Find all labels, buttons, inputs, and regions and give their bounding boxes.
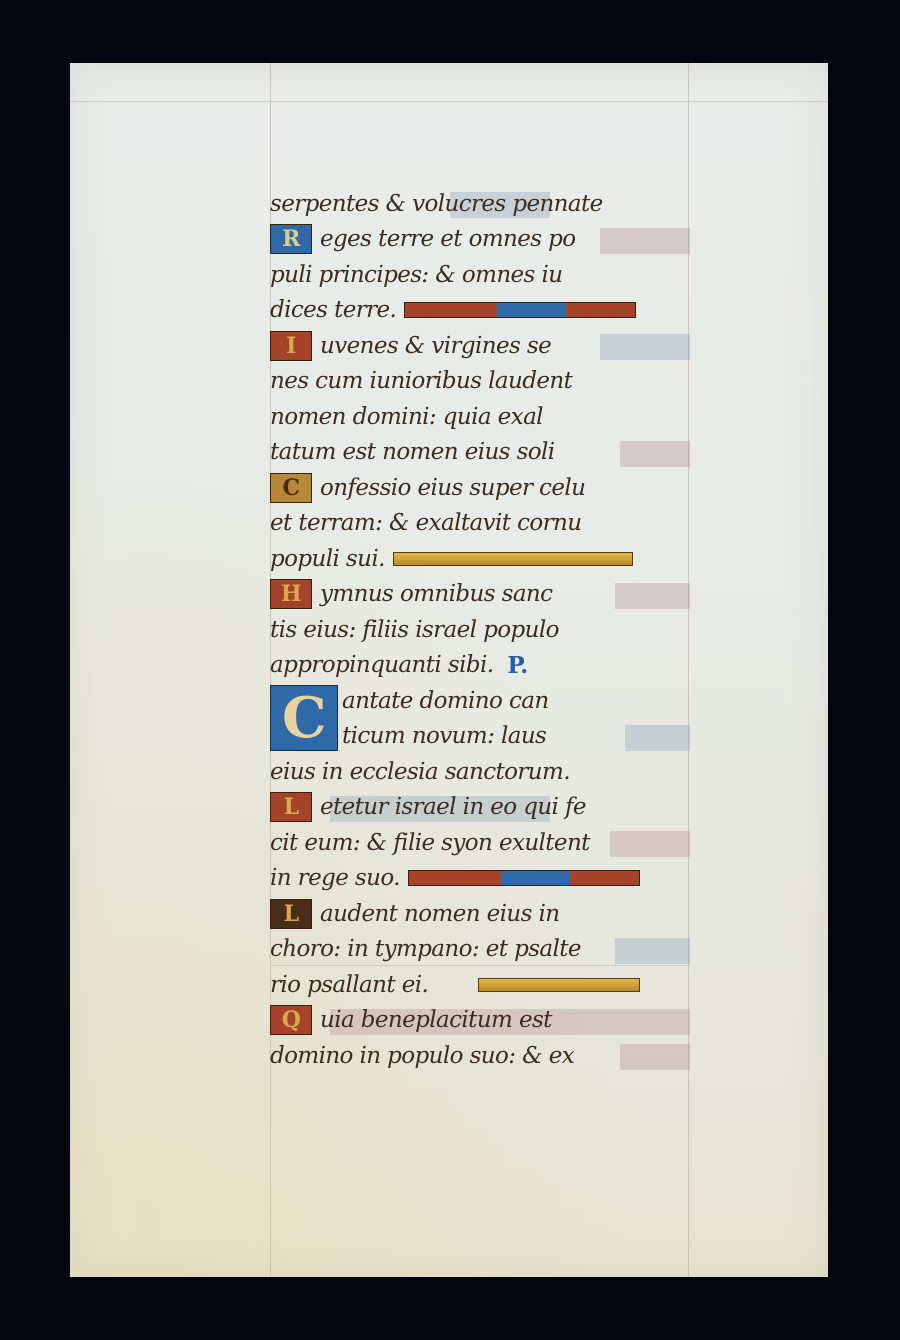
line-text: domino in populo suo: & ex xyxy=(270,1043,574,1069)
text-block: serpentes & volucres pennate R eges terr… xyxy=(270,186,690,1074)
ruling-line-top xyxy=(70,101,828,102)
text-line-25: domino in populo suo: & ex xyxy=(270,1038,690,1074)
line-text: cit eum: & filie syon exultent xyxy=(270,830,590,856)
line-text: tatum est nomen eius soli xyxy=(270,439,555,465)
text-line-8: tatum est nomen eius soli xyxy=(270,435,690,471)
line-text: appropinquanti sibi. xyxy=(270,652,493,678)
line-text: in rege suo. xyxy=(270,865,400,891)
line-text: antate domino can xyxy=(342,688,549,714)
line-text: ymnus omnibus sanc xyxy=(320,581,552,607)
line-filler-decoration xyxy=(404,302,636,318)
gold-bar-filler xyxy=(478,978,640,992)
line-text: eges terre et omnes po xyxy=(320,226,576,252)
line-text: audent nomen eius in xyxy=(320,901,560,927)
line-text: puli principes: & omnes iu xyxy=(270,262,562,288)
text-line-13: tis eius: filiis israel populo xyxy=(270,612,690,648)
illuminated-initial-c: C xyxy=(270,473,312,503)
text-line-10: et terram: & exaltavit cornu xyxy=(270,506,690,542)
illuminated-initial-big-c: C xyxy=(270,685,338,751)
line-filler-decoration xyxy=(408,870,640,886)
line-text: onfessio eius super celu xyxy=(320,475,585,501)
text-line-15: C antate domino can xyxy=(270,683,690,719)
line-text: populi sui. xyxy=(270,546,385,572)
line-text: dices terre. xyxy=(270,297,396,323)
line-text: etetur israel in eo qui fe xyxy=(320,794,586,820)
text-line-22: choro: in tympano: et psalte xyxy=(270,932,690,968)
text-line-3: puli principes: & omnes iu xyxy=(270,257,690,293)
text-line-11: populi sui. xyxy=(270,541,690,577)
illuminated-initial-l: L xyxy=(270,899,312,929)
illuminated-initial-i: I xyxy=(270,331,312,361)
text-line-17: eius in ecclesia sanctorum. xyxy=(270,754,690,790)
line-text: eius in ecclesia sanctorum. xyxy=(270,759,570,785)
text-line-1: serpentes & volucres pennate xyxy=(270,186,690,222)
line-text: uvenes & virgines se xyxy=(320,333,551,359)
text-line-9: C onfessio eius super celu xyxy=(270,470,690,506)
text-line-7: nomen domini: quia exal xyxy=(270,399,690,435)
text-line-23: rio psallant ei. xyxy=(270,967,690,1003)
text-line-14: appropinquanti sibi. P. xyxy=(270,648,690,684)
text-line-21: L audent nomen eius in xyxy=(270,896,690,932)
text-line-18: L etetur israel in eo qui fe xyxy=(270,790,690,826)
line-text: ticum novum: laus xyxy=(342,723,546,749)
line-text: et terram: & exaltavit cornu xyxy=(270,510,581,536)
text-line-19: cit eum: & filie syon exultent xyxy=(270,825,690,861)
rubric-p: P. xyxy=(507,652,527,679)
text-line-12: H ymnus omnibus sanc xyxy=(270,577,690,613)
text-line-5: I uvenes & virgines se xyxy=(270,328,690,364)
text-line-20: in rege suo. xyxy=(270,861,690,897)
text-line-4: dices terre. xyxy=(270,293,690,329)
line-text: serpentes & volucres pennate xyxy=(270,191,603,217)
illuminated-initial-q: Q xyxy=(270,1005,312,1035)
line-text: nomen domini: quia exal xyxy=(270,404,543,430)
illuminated-initial-r: R xyxy=(270,224,312,254)
gold-bar-filler xyxy=(393,552,633,566)
line-text: rio psallant ei. xyxy=(270,972,428,998)
illuminated-initial-l: L xyxy=(270,792,312,822)
line-text: nes cum iunioribus laudent xyxy=(270,368,572,394)
line-text: uia beneplacitum est xyxy=(320,1007,552,1033)
line-text: choro: in tympano: et psalte xyxy=(270,936,581,962)
text-line-6: nes cum iunioribus laudent xyxy=(270,364,690,400)
illuminated-initial-h: H xyxy=(270,579,312,609)
text-line-2: R eges terre et omnes po xyxy=(270,222,690,258)
text-line-24: Q uia beneplacitum est xyxy=(270,1003,690,1039)
line-text: tis eius: filiis israel populo xyxy=(270,617,559,643)
